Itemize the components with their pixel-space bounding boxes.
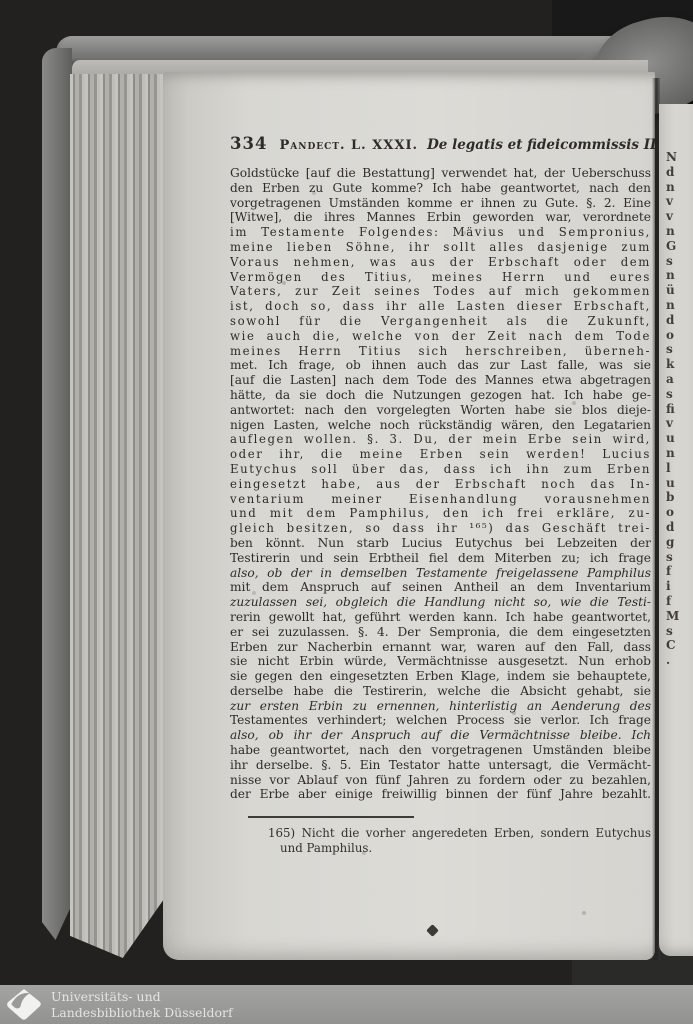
edge-letter: l [666, 461, 693, 476]
facing-page-cut-text: NdnvvnGsnündoskasfivunlubodgsfifMsC. [659, 104, 693, 668]
body-line: meines Herrn Titius sich herschreiben, ü… [230, 344, 651, 359]
edge-letter: u [666, 476, 693, 491]
paper-specks [163, 72, 165, 74]
footnote-line: und Pamphilus. [230, 841, 651, 856]
body-line: [Witwe], die ihres Mannes Erbin geworden… [230, 210, 651, 225]
body-line: den Erben zu Gute komme? Ich habe geantw… [230, 181, 651, 196]
book-page: 334 Pandect. L. XXXI. De legatis et fide… [163, 72, 655, 960]
edge-letter: s [666, 624, 693, 639]
body-line: zur ersten Erbin zu ernennen, hinterlist… [230, 699, 651, 714]
page-number: 334 [230, 134, 267, 153]
footnote-line: 165) Nicht die vorher angeredeten Erben,… [230, 826, 651, 841]
edge-letter: d [666, 313, 693, 328]
edge-letter: d [666, 520, 693, 535]
body-line: der Erbe aber einige freiwillig binnen d… [230, 787, 651, 802]
edge-letter: s [666, 342, 693, 357]
edge-letter: f [666, 594, 693, 609]
edge-letter: N [666, 150, 693, 165]
edge-letter: s [666, 550, 693, 565]
edge-letter: ü [666, 283, 693, 298]
ink-blot [426, 924, 439, 937]
body-line: ihr derselbe. §. 5. Ein Testator hatte u… [230, 758, 651, 773]
edge-letter: fi [666, 402, 693, 417]
body-line: Eutychus soll über das, dass ich ihn zum… [230, 462, 651, 477]
library-name-line1: Universitäts- und [51, 989, 233, 1005]
body-line: oder ihr, die meine Erben sein werden! L… [230, 447, 651, 462]
edge-letter: G [666, 239, 693, 254]
page-stack-left-edge [70, 74, 166, 958]
edge-letter: d [666, 165, 693, 180]
body-line: zuzulassen sei, obgleich die Handlung ni… [230, 595, 651, 610]
edge-letter: g [666, 535, 693, 550]
edge-letter: n [666, 180, 693, 195]
body-line: sie nicht Erbin würde, Vermächtnisse aus… [230, 654, 651, 669]
edge-letter: k [666, 357, 693, 372]
edge-letter: M [666, 609, 693, 624]
edge-letter: n [666, 224, 693, 239]
body-line: also, ob ihr der Anspruch auf die Vermäc… [230, 728, 651, 743]
body-line: meine lieben Söhne, ihr sollt alles dasj… [230, 240, 651, 255]
edge-letter: s [666, 254, 693, 269]
body-line: wie auch die, welche von der Zeit nach d… [230, 329, 651, 344]
body-line: Voraus nehmen, was aus der Erbschaft ode… [230, 255, 651, 270]
edge-letter: o [666, 505, 693, 520]
body-line: ventarium meiner Eisenhandlung vorausneh… [230, 492, 651, 507]
body-line: met. Ich frage, ob ihnen auch das zur La… [230, 358, 651, 373]
library-name: Universitäts- und Landesbibliothek Düsse… [51, 989, 233, 1020]
body-line: Testamentes verhindert; welchen Process … [230, 713, 651, 728]
ulb-logo-icon [5, 988, 43, 1021]
body-line: sie gegen den eingesetzten Erben Klage, … [230, 669, 651, 684]
body-line: Goldstücke [auf die Bestattung] verwende… [230, 166, 651, 181]
edge-letter: u [666, 431, 693, 446]
body-line: hätte, da sie doch die Nutzungen gezogen… [230, 388, 651, 403]
edge-letter: i [666, 579, 693, 594]
body-line: nisse vor Ablauf von fünf Jahren zu ford… [230, 773, 651, 788]
body-line: Erben zur Nacherbin ernannt war, waren a… [230, 640, 651, 655]
header-series: Pandect. L. XXXI. [279, 138, 418, 153]
body-line: [auf die Lasten] nach dem Tode des Manne… [230, 373, 651, 388]
edge-letter: . [666, 653, 693, 668]
body-line: derselbe habe die Testirerin, welche die… [230, 684, 651, 699]
header-title: De legatis et fideicommissis II. [427, 137, 661, 153]
body-line: vorgetragenen Umständen komme er ihnen z… [230, 196, 651, 211]
edge-letter: b [666, 490, 693, 505]
body-line: auflegen wollen. §. 3. Du, der mein Erbe… [230, 432, 651, 447]
body-line: eingesetzt habe, aus der Erbschaft noch … [230, 477, 651, 492]
body-line: habe geantwortet, nach den vorgetragenen… [230, 743, 651, 758]
body-line: rerin gewollt hat, geführt werden kann. … [230, 610, 651, 625]
body-line: also, ob der in demselben Testamente fre… [230, 566, 651, 581]
body-line: gleich besitzen, so dass ihr ¹⁶⁵) das Ge… [230, 521, 651, 536]
edge-letter: v [666, 194, 693, 209]
edge-letter: n [666, 268, 693, 283]
library-banner: Universitäts- und Landesbibliothek Düsse… [0, 985, 693, 1024]
body-line: Vaters, zur Zeit seines Todes auf mich g… [230, 284, 651, 299]
edge-letter: s [666, 387, 693, 402]
edge-letter: a [666, 372, 693, 387]
body-line: nigen Lasten, welche noch rückständig wä… [230, 418, 651, 433]
edge-letter: C [666, 638, 693, 653]
page-header: 334 Pandect. L. XXXI. De legatis et fide… [230, 134, 651, 153]
edge-letter: v [666, 209, 693, 224]
body-line: er sei zuzulassen. §. 4. Der Sempronia, … [230, 625, 651, 640]
book-photo: 334 Pandect. L. XXXI. De legatis et fide… [0, 0, 693, 1024]
body-line: Vermögen des Titius, meines Herrn und eu… [230, 270, 651, 285]
footnote-separator [248, 816, 414, 818]
body-line: Testirerin und sein Erbtheil fiel dem Mi… [230, 551, 651, 566]
edge-letter: o [666, 328, 693, 343]
edge-letter: v [666, 416, 693, 431]
book-cover-left-edge [42, 48, 72, 940]
edge-letter: n [666, 446, 693, 461]
body-line: antwortet: nach den vorgelegten Worten h… [230, 403, 651, 418]
library-name-line2: Landesbibliothek Düsseldorf [51, 1005, 233, 1021]
edge-letter: f [666, 564, 693, 579]
facing-page-sliver: NdnvvnGsnündoskasfivunlubodgsfifMsC. [659, 104, 693, 956]
edge-letter: n [666, 298, 693, 313]
body-text: Goldstücke [auf die Bestattung] verwende… [230, 166, 651, 802]
body-line: im Testamente Folgendes: Mävius und Semp… [230, 225, 651, 240]
body-line: ist, doch so, dass ihr alle Lasten diese… [230, 299, 651, 314]
body-line: sowohl für die Vergangenheit als die Zuk… [230, 314, 651, 329]
body-line: und mit dem Pamphilus, den ich frei erkl… [230, 506, 651, 521]
body-line: ben könnt. Nun starb Lucius Eutychus bei… [230, 536, 651, 551]
footnote: 165) Nicht die vorher angeredeten Erben,… [230, 826, 651, 855]
body-line: mit dem Anspruch auf seinen Antheil an d… [230, 580, 651, 595]
